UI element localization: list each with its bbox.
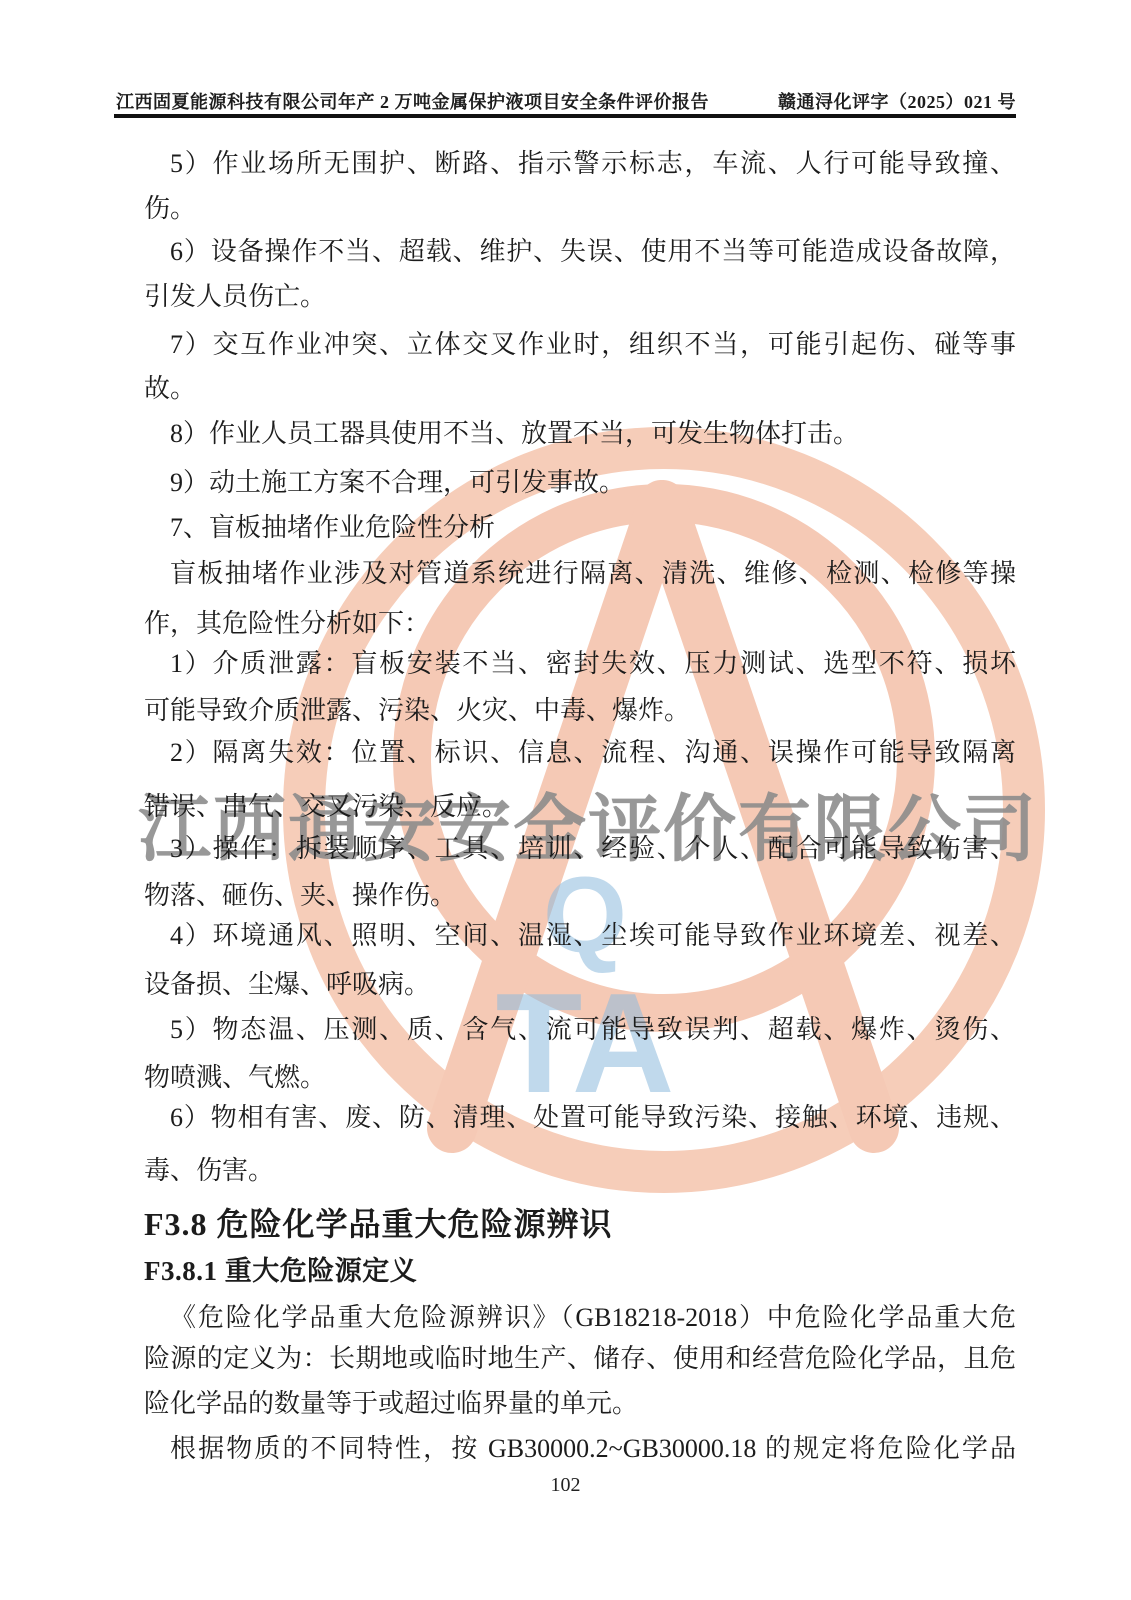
text-line: 3）操作：拆装顺序、工具、培训、经验、个人、配合可能导致伤害、 bbox=[144, 826, 1016, 871]
text-line: 6）设备操作不当、超载、维护、失误、使用不当等可能造成设备故障， bbox=[144, 229, 1016, 274]
text-line: 盲板抽堵作业涉及对管道系统进行隔离、清洗、维修、检测、检修等操 bbox=[144, 551, 1016, 596]
text-line: 7、盲板抽堵作业危险性分析 bbox=[144, 505, 1016, 550]
text-line: 5）作业场所无围护、断路、指示警示标志，车流、人行可能导致撞、 bbox=[144, 141, 1016, 186]
text-line: 设备损、尘爆、呼吸病。 bbox=[144, 962, 1016, 1007]
document-page: Q TA 江西通安安全评价有限公司 江西固夏能源科技有限公司年产 2 万吨金属保… bbox=[0, 0, 1131, 1600]
text-line: 故。 bbox=[144, 366, 1016, 411]
page-number: 102 bbox=[0, 1474, 1131, 1497]
text-line: 物落、砸伤、夹、操作伤。 bbox=[144, 873, 1016, 918]
text-line: 5）物态温、压测、质、含气、流可能导致误判、超载、爆炸、烫伤、 bbox=[144, 1007, 1016, 1052]
text-line: 错误、串气、交叉污染、反应。 bbox=[144, 784, 1016, 829]
header-doc-number: 赣通浔化评字（2025）021 号 bbox=[778, 88, 1016, 114]
text-line: 险化学品的数量等于或超过临界量的单元。 bbox=[144, 1381, 1016, 1426]
text-line: 2）隔离失效：位置、标识、信息、流程、沟通、误操作可能导致隔离 bbox=[144, 730, 1016, 775]
text-line: 8）作业人员工器具使用不当、放置不当，可发生物体打击。 bbox=[144, 411, 1016, 456]
text-line: 《危险化学品重大危险源辨识》（GB18218-2018）中危险化学品重大危 bbox=[144, 1295, 1016, 1340]
text-line: 险源的定义为：长期地或临时地生产、储存、使用和经营危险化学品，且危 bbox=[144, 1336, 1016, 1381]
section-heading: F3.8 危险化学品重大危险源辨识 bbox=[144, 1202, 1016, 1247]
header-report-title: 江西固夏能源科技有限公司年产 2 万吨金属保护液项目安全条件评价报告 bbox=[116, 88, 709, 114]
text-line: 7）交互作业冲突、立体交叉作业时，组织不当，可能引起伤、碰等事 bbox=[144, 322, 1016, 367]
text-line: 9）动土施工方案不合理，可引发事故。 bbox=[144, 460, 1016, 505]
text-line: 可能导致介质泄露、污染、火灾、中毒、爆炸。 bbox=[144, 688, 1016, 733]
text-line: 作，其危险性分析如下： bbox=[144, 601, 1016, 646]
text-line: 伤。 bbox=[144, 186, 1016, 231]
text-line: 引发人员伤亡。 bbox=[144, 274, 1016, 319]
subsection-heading: F3.8.1 重大危险源定义 bbox=[144, 1249, 1016, 1294]
header-rule bbox=[114, 114, 1016, 118]
text-line: 4）环境通风、照明、空间、温湿、尘埃可能导致作业环境差、视差、 bbox=[144, 913, 1016, 958]
document-body: 5）作业场所无围护、断路、指示警示标志，车流、人行可能导致撞、伤。6）设备操作不… bbox=[144, 141, 1016, 1471]
text-line: 6）物相有害、废、防、清理、处置可能导致污染、接触、环境、违规、 bbox=[144, 1095, 1016, 1140]
text-line: 毒、伤害。 bbox=[144, 1148, 1016, 1193]
text-line: 根据物质的不同特性，按 GB30000.2~GB30000.18 的规定将危险化… bbox=[144, 1426, 1016, 1471]
text-line: 物喷溅、气燃。 bbox=[144, 1055, 1016, 1100]
text-line: 1）介质泄露：盲板安装不当、密封失效、压力测试、选型不符、损坏 bbox=[144, 641, 1016, 686]
